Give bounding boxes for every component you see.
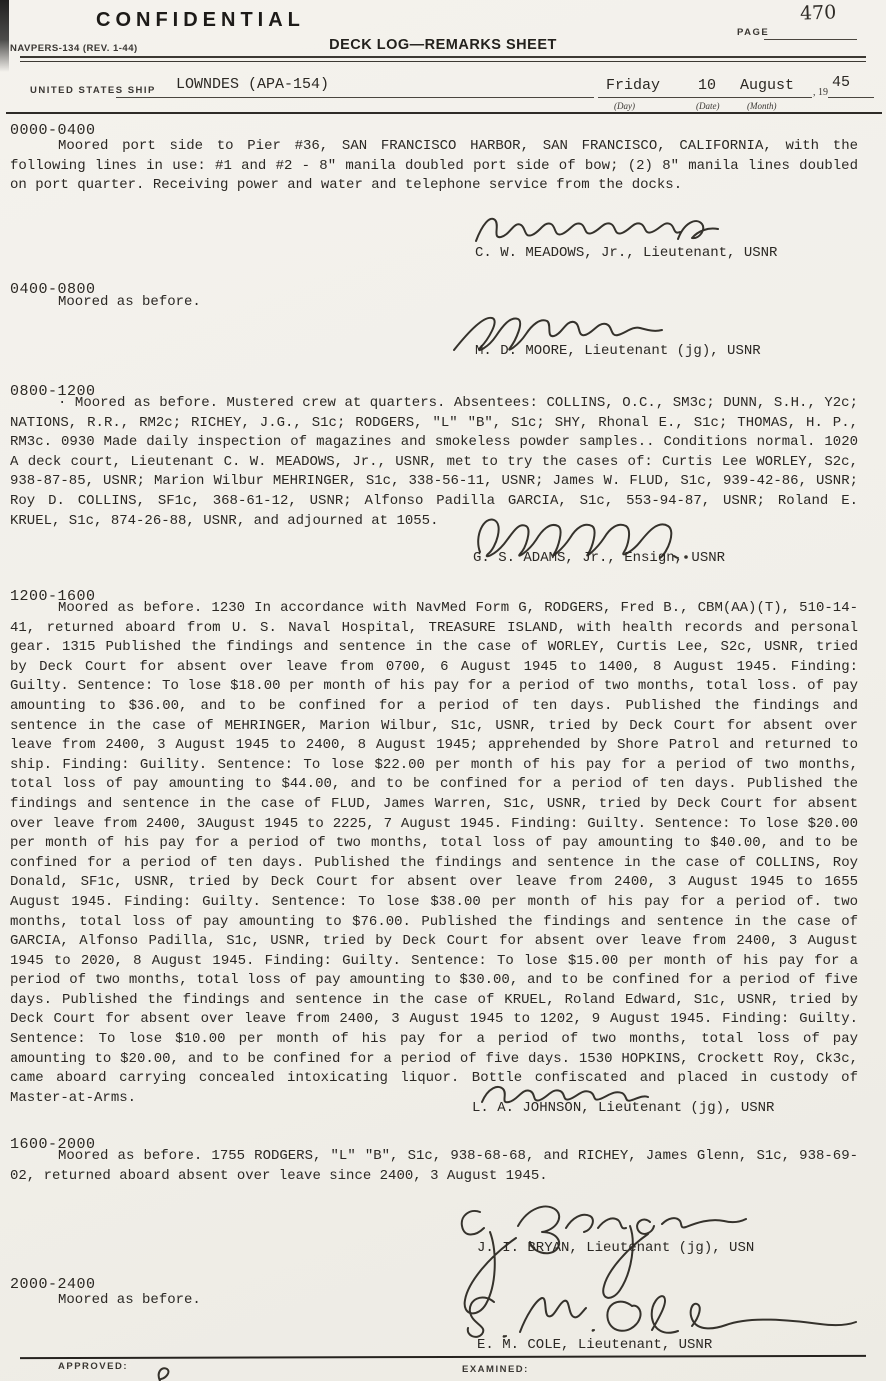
approved-label: APPROVED: <box>58 1361 128 1372</box>
approved-signature-scrawl-partial <box>148 1366 176 1381</box>
officer-name: M. D. MOORE, Lieutenant (jg), USNR <box>475 343 761 359</box>
month-field-label: (Month) <box>747 101 777 111</box>
header-heavy-rule <box>6 112 882 114</box>
date-month-value: August <box>740 77 794 94</box>
ship-name: LOWNDES (APA-154) <box>176 76 329 93</box>
scan-edge-artifact <box>0 0 9 72</box>
classification-stamp: CONFIDENTIAL <box>96 9 305 32</box>
date-date-value: 10 <box>698 77 716 94</box>
entry-text: · Moored as before. Mustered crew at qua… <box>10 394 858 531</box>
entry-text: Moored as before. <box>10 293 858 313</box>
document-title: DECK LOG—REMARKS SHEET <box>0 37 886 53</box>
handwritten-page-number: 470 <box>800 1 837 24</box>
year-prefix: , 19 <box>813 87 828 98</box>
signature-scrawl-meadows <box>470 211 725 247</box>
entry-text: Moored port side to Pier #36, SAN FRANCI… <box>10 137 858 196</box>
examined-label: EXAMINED: <box>462 1364 529 1375</box>
signature-scrawl-cole <box>460 1288 860 1343</box>
day-field-label: (Day) <box>614 101 635 111</box>
date-day-value: Friday <box>606 77 660 94</box>
entry-text: Moored as before. 1230 In accordance wit… <box>10 599 858 1108</box>
ship-name-line <box>116 97 594 98</box>
date-field-label: (Date) <box>696 101 720 111</box>
footer-rule <box>20 1355 866 1359</box>
date-line <box>598 97 812 98</box>
date-year-value: 45 <box>832 74 850 91</box>
officer-name: J. I. BRYAN, Lieutenant (jg), USN <box>477 1240 754 1256</box>
header-double-rule <box>20 56 866 62</box>
year-line <box>828 97 874 98</box>
deck-log-page: CONFIDENTIAL 470 PAGE NAVPERS-134 (REV. … <box>0 0 886 1381</box>
officer-name: C. W. MEADOWS, Jr., Lieutenant, USNR <box>475 245 777 261</box>
officer-name: E. M. COLE, Lieutenant, USNR <box>477 1337 712 1353</box>
ship-label: UNITED STATES SHIP <box>30 85 156 96</box>
officer-name: G. S. ADAMS, Jr., Ensign, USNR <box>473 550 725 566</box>
officer-name: L. A. JOHNSON, Lieutenant (jg), USNR <box>472 1100 774 1116</box>
entry-text: Moored as before. 1755 RODGERS, "L" "B",… <box>10 1147 858 1186</box>
